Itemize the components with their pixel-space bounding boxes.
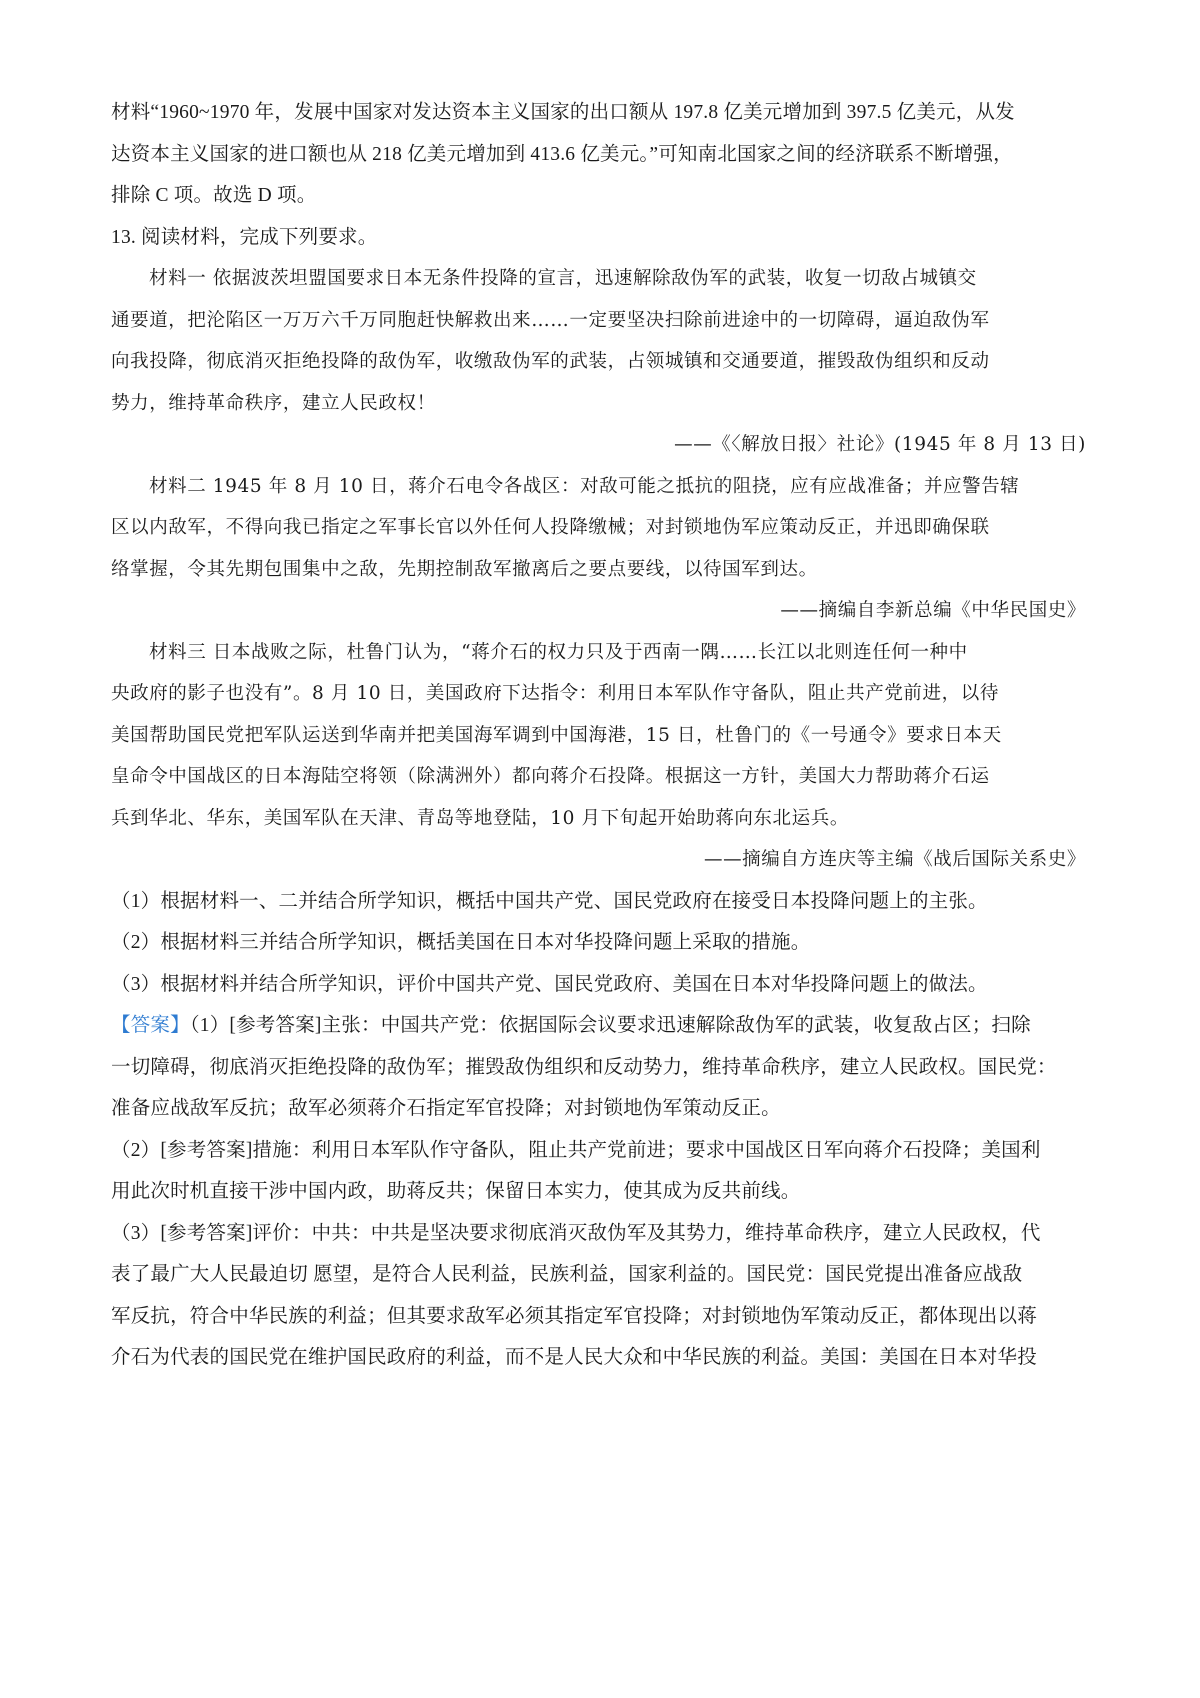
answer-line: 【答案】（1）[参考答案]主张：中国共产党：依据国际会议要求迅速解除敌伪军的武装…: [111, 1005, 1088, 1047]
text-line: 达资本主义国家的进口额也从 218 亿美元增加到 413.6 亿美元。”可知南北…: [111, 134, 1088, 176]
sub-questions: （1）根据材料一、二并结合所学知识，概括中国共产党、国民党政府在接受日本投降问题…: [111, 881, 1088, 1006]
answer-line: （2）[参考答案]措施：利用日本军队作守备队，阻止共产党前进；要求中国战区日军向…: [111, 1130, 1088, 1172]
material-line: 势力，维持革命秩序，建立人民政权！: [111, 383, 1088, 425]
document-page: 材料“1960~1970 年，发展中国家对发达资本主义国家的出口额从 197.8…: [111, 92, 1088, 1379]
material-line: 材料三 日本战败之际，杜鲁门认为，“蒋介石的权力只及于西南一隅……长江以北则连任…: [111, 632, 1088, 674]
material-line: 络掌握，令其先期包围集中之敌，先期控制敌军撤离后之要点要线，以待国军到达。: [111, 549, 1088, 591]
answer-line: 准备应战敌军反抗；敌军必须蒋介石指定军官投降；对封锁地伪军策动反正。: [111, 1088, 1088, 1130]
material-line: 美国帮助国民党把军队运送到华南并把美国海军调到中国海港，15 日，杜鲁门的《一号…: [111, 715, 1088, 757]
material-line: 皇命令中国战区的日本海陆空将领（除满洲外）都向蒋介石投降。根据这一方针，美国大力…: [111, 756, 1088, 798]
answer-line: 军反抗，符合中华民族的利益；但其要求敌军必须其指定军官投降；对封锁地伪军策动反正…: [111, 1296, 1088, 1338]
question-title: 13. 阅读材料，完成下列要求。: [111, 217, 1088, 259]
material-line: 通要道，把沦陷区一万万六千万同胞赶快解救出来……一定要坚决扫除前进途中的一切障碍…: [111, 300, 1088, 342]
answer-tag: 【答案】: [111, 1015, 190, 1036]
answer-section: 【答案】（1）[参考答案]主张：中国共产党：依据国际会议要求迅速解除敌伪军的武装…: [111, 1005, 1088, 1379]
material-line: 材料二 1945 年 8 月 10 日，蒋介石电令各战区：对敌可能之抵抗的阻挠，…: [111, 466, 1088, 508]
material-line: 央政府的影子也没有”。8 月 10 日，美国政府下达指令：利用日本军队作守备队，…: [111, 673, 1088, 715]
text-line: 材料“1960~1970 年，发展中国家对发达资本主义国家的出口额从 197.8…: [111, 92, 1088, 134]
material-source: ——《〈解放日报〉社论》(1945 年 8 月 13 日): [111, 424, 1088, 466]
sub-question-2: （2）根据材料三并结合所学知识，概括美国在日本对华投降问题上采取的措施。: [111, 922, 1088, 964]
material-line: 材料一 依据波茨坦盟国要求日本无条件投降的宣言，迅速解除敌伪军的武装，收复一切敌…: [111, 258, 1088, 300]
material-source: ——摘编自方连庆等主编《战后国际关系史》: [111, 839, 1088, 881]
answer-line: （3）[参考答案]评价：中共：中共是坚决要求彻底消灭敌伪军及其势力，维持革命秩序…: [111, 1213, 1088, 1255]
text-line: 排除 C 项。故选 D 项。: [111, 175, 1088, 217]
sub-question-3: （3）根据材料并结合所学知识，评价中国共产党、国民党政府、美国在日本对华投降问题…: [111, 964, 1088, 1006]
sub-question-1: （1）根据材料一、二并结合所学知识，概括中国共产党、国民党政府在接受日本投降问题…: [111, 881, 1088, 923]
answer-line: 用此次时机直接干涉中国内政，助蒋反共；保留日本实力，使其成为反共前线。: [111, 1171, 1088, 1213]
material-1: 材料一 依据波茨坦盟国要求日本无条件投降的宣言，迅速解除敌伪军的武装，收复一切敌…: [111, 258, 1088, 466]
material-line: 兵到华北、华东，美国军队在天津、青岛等地登陆，10 月下旬起开始助蒋向东北运兵。: [111, 798, 1088, 840]
previous-explanation: 材料“1960~1970 年，发展中国家对发达资本主义国家的出口额从 197.8…: [111, 92, 1088, 217]
answer-line: 介石为代表的国民党在维护国民政府的利益，而不是人民大众和中华民族的利益。美国：美…: [111, 1337, 1088, 1379]
material-line: 向我投降，彻底消灭拒绝投降的敌伪军，收缴敌伪军的武装，占领城镇和交通要道，摧毁敌…: [111, 341, 1088, 383]
material-source: ——摘编自李新总编《中华民国史》: [111, 590, 1088, 632]
material-line: 区以内敌军，不得向我已指定之军事长官以外任何人投降缴械；对封锁地伪军应策动反正，…: [111, 507, 1088, 549]
material-2: 材料二 1945 年 8 月 10 日，蒋介石电令各战区：对敌可能之抵抗的阻挠，…: [111, 466, 1088, 632]
answer-line: 表了最广大人民最迫切 愿望，是符合人民利益，民族利益，国家利益的。国民党：国民党…: [111, 1254, 1088, 1296]
answer-line: 一切障碍，彻底消灭拒绝投降的敌伪军；摧毁敌伪组织和反动势力，维持革命秩序，建立人…: [111, 1047, 1088, 1089]
material-3: 材料三 日本战败之际，杜鲁门认为，“蒋介石的权力只及于西南一隅……长江以北则连任…: [111, 632, 1088, 881]
answer-text: （1）[参考答案]主张：中国共产党：依据国际会议要求迅速解除敌伪军的武装，收复敌…: [190, 1015, 1031, 1036]
